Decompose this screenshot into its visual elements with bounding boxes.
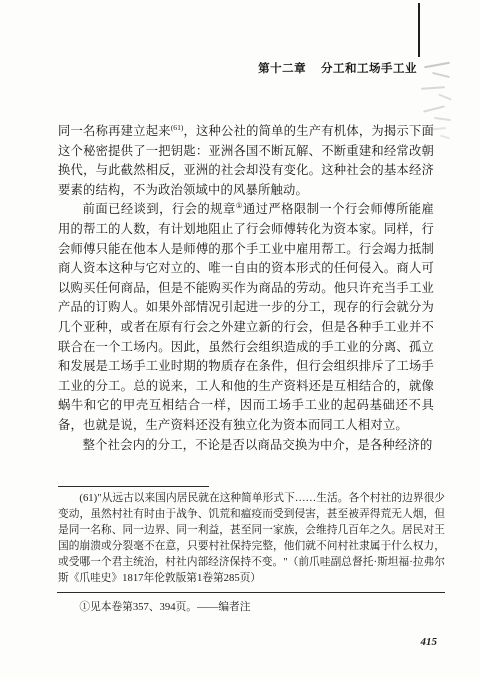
editor-note-separator-rule xyxy=(57,592,445,593)
chapter-number: 第十二章 xyxy=(258,63,306,75)
book-page: 第十二章 分工和工场手工业 同一名称再建立起来(61)，这种公社的简单的生产有机… xyxy=(0,0,480,679)
footnote-61: (61)"从远古以来国内居民就在这种简单形式下……生活。各个村社的边界很少变动，… xyxy=(58,490,445,587)
pencil-smudge xyxy=(434,117,451,121)
page-number: 415 xyxy=(421,636,438,648)
pencil-smudge xyxy=(421,86,445,90)
paragraph: 同一名称再建立起来(61)，这种公社的简单的生产有机体，为揭示下面这个秘密提供了… xyxy=(58,122,434,200)
paragraph-text: 同一名称再建立起来 xyxy=(58,124,171,138)
footnote-reference: ① xyxy=(236,201,243,210)
pencil-smudge xyxy=(423,105,445,112)
paragraph: 整个社会内的分工，不论是否以商品交换为中介，是各种经济的 xyxy=(58,436,434,456)
footnote-reference: (61) xyxy=(171,123,184,132)
paragraph: 前面已经谈到，行会的规章①通过严格限制一个行会师傅所能雇用的帮工的人数，有计划地… xyxy=(58,200,434,435)
pencil-smudge xyxy=(438,93,452,100)
running-header: 第十二章 分工和工场手工业 xyxy=(0,60,417,76)
chapter-title: 分工和工场手工业 xyxy=(321,63,417,75)
pencil-smudge xyxy=(432,72,450,78)
paragraph-text: 整个社会内的分工，不论是否以商品交换为中介，是各种经济的 xyxy=(83,438,433,452)
main-text: 同一名称再建立起来(61)，这种公社的简单的生产有机体，为揭示下面这个秘密提供了… xyxy=(58,122,434,455)
editor-note: ①见本卷第357、394页。——编者注 xyxy=(58,599,445,615)
paragraph-text: 前面已经谈到，行会的规章 xyxy=(83,202,236,216)
footnote-separator-rule xyxy=(58,486,209,487)
pencil-smudge xyxy=(440,135,450,140)
pencil-smudge xyxy=(424,62,450,68)
paragraph-text: 通过严格限制一个行会师傅所能雇用的帮工的人数，有计划地阻止了行会师傅转化为资本家… xyxy=(58,202,434,432)
scan-vertical-line-artifact xyxy=(418,3,420,57)
